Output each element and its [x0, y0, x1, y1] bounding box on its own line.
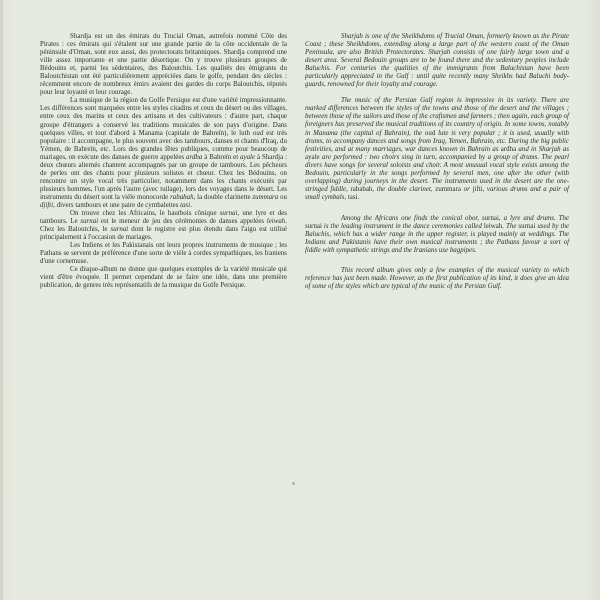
italic-term: rababah: [170, 194, 194, 201]
french-paragraph: On trouve chez les Africains, le hautboi…: [40, 210, 287, 242]
italic-term: zummara: [252, 194, 278, 201]
french-text-column: Shardja est un des émirats du Trucial Om…: [40, 33, 287, 291]
italic-term: oud: [253, 130, 263, 137]
italic-term: surnai: [220, 210, 238, 217]
upright-term: ardha: [501, 146, 516, 153]
upright-term: ayale: [305, 154, 320, 161]
italic-term: surnai: [80, 218, 98, 225]
french-paragraph: La musique de la région du Golfe Persiqu…: [40, 97, 287, 210]
upright-term: zummara: [435, 186, 461, 193]
upright-term: surnai: [305, 223, 322, 230]
english-text-column: Sharjah is one of the Sheikhdoms of Truc…: [305, 33, 569, 299]
english-paragraph: Among the Africans one finds the conical…: [305, 215, 569, 255]
upright-term: tasi: [348, 194, 358, 201]
english-paragraph: The music of the Persian Gulf region is …: [305, 97, 569, 202]
french-paragraph: Les Indiens et les Pakistanais ont leurs…: [40, 242, 287, 266]
english-paragraph: Sharjah is one of the Sheikhdoms of Truc…: [305, 33, 569, 89]
english-paragraph: This record album gives only a few examp…: [305, 267, 569, 291]
liner-notes-page: Shardja est un des émirats du Trucial Om…: [0, 0, 600, 600]
upright-term: jifti: [472, 186, 482, 193]
italic-term: surnai: [111, 226, 129, 233]
paper-speck: [292, 482, 295, 485]
french-paragraph: Ce disque-album ne donne que quelques ex…: [40, 266, 287, 290]
italic-term: leiwah: [267, 218, 286, 225]
upright-term: rababah: [350, 186, 372, 193]
italic-term: ayale: [240, 154, 255, 161]
upright-term: leiwah: [484, 223, 502, 230]
italic-term: ardha: [186, 154, 202, 161]
upright-term: surnai: [482, 215, 499, 222]
upright-term: surnai: [518, 223, 535, 230]
italic-term: djifti: [40, 202, 53, 209]
upright-term: oud: [425, 130, 435, 137]
italic-term: tasi: [180, 202, 190, 209]
french-paragraph: Shardja est un des émirats du Trucial Om…: [40, 33, 287, 97]
